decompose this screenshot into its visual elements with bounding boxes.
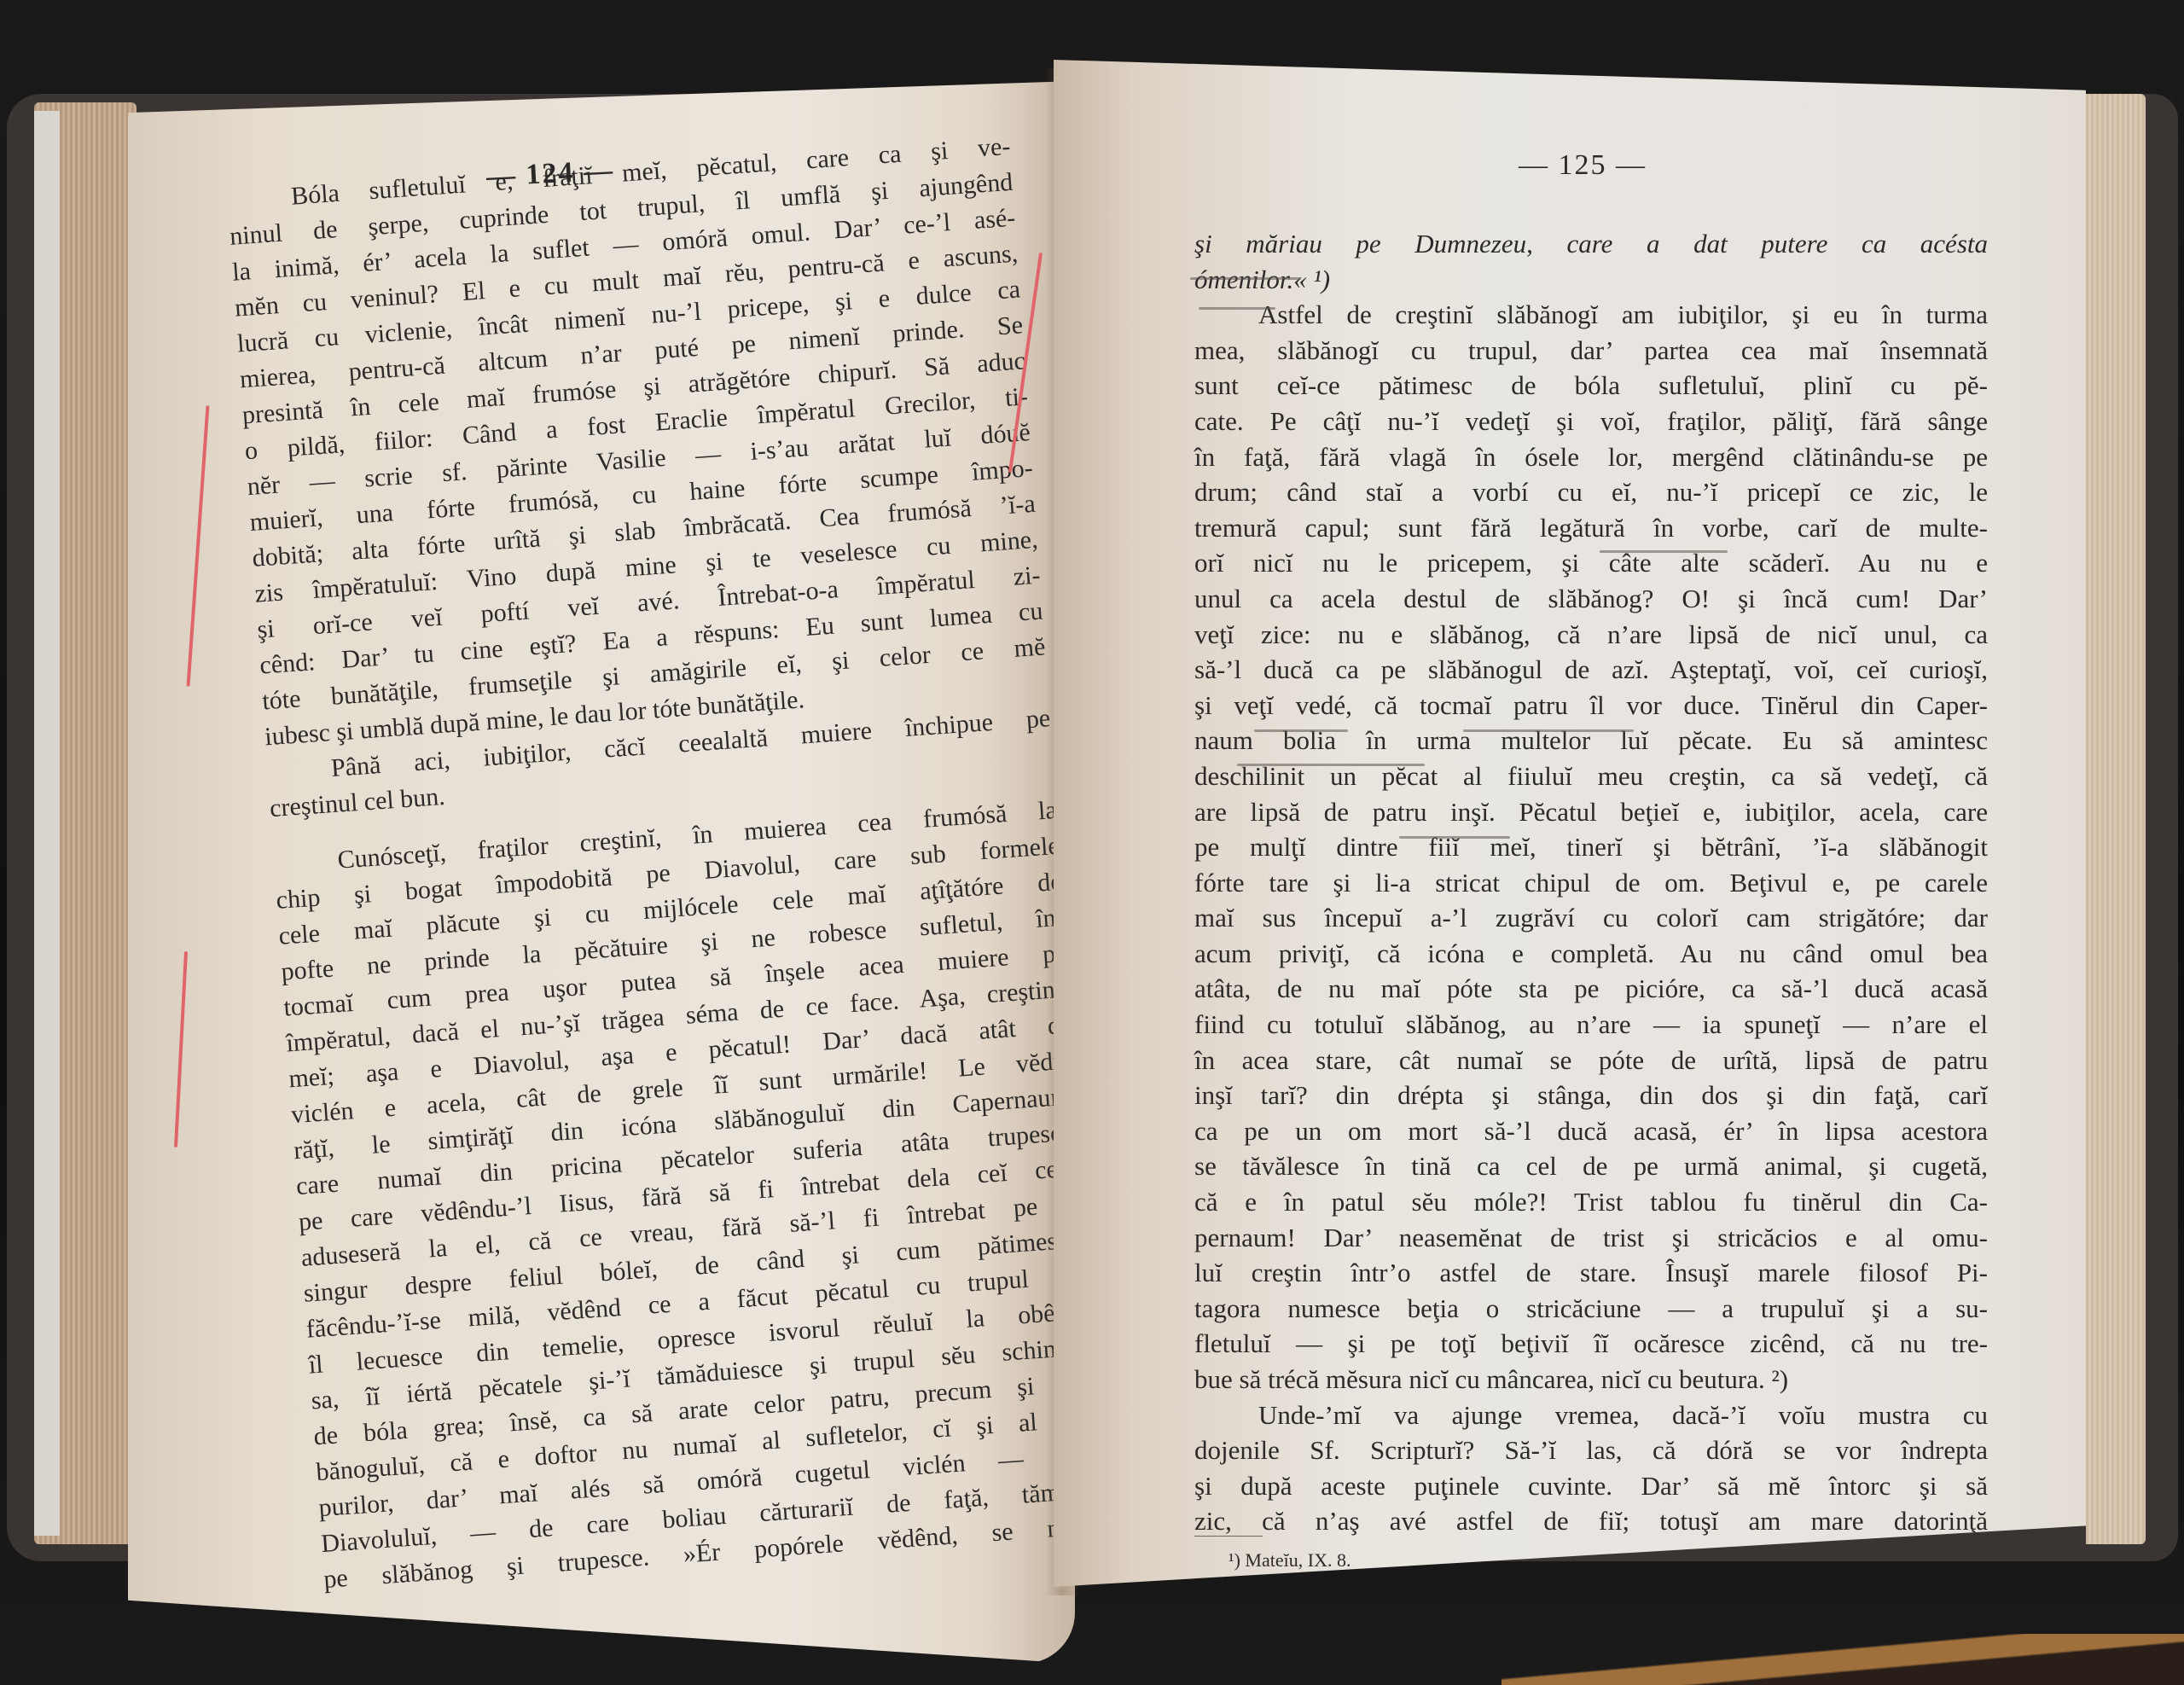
text-line: fórte tare şi li-a stricat chipul de om.… [1194, 865, 1988, 901]
text-line: veţĭ zice: nu e slăbănog, că n’are lipsă… [1194, 617, 1988, 653]
text-line: pernaum! Dar’ neasemĕnat de trist şi str… [1194, 1220, 1988, 1256]
text-line: cate. Pe câţĭ nu-’ĭ vedeţĭ şi voĭ, fraţi… [1194, 404, 1988, 439]
text-line: drum; când staĭ a vorbí cu eĭ, nu-’ĭ pri… [1194, 474, 1988, 510]
text-line: se tăvălesce în tină ca cel de pe urmă a… [1194, 1148, 1988, 1184]
text-line: fiind cu totuluĭ slăbănog, au n’are — ia… [1194, 1007, 1988, 1043]
text-line: şi măriau pe Dumnezeu, care a dat putere… [1194, 226, 1988, 262]
pencil-underline [1600, 550, 1728, 553]
text-line: şi după aceste puţinele cuvinte. Dar’ să… [1194, 1468, 1988, 1504]
text-line: maĭ sus începuĭ a-’l zugrăví cu colorĭ c… [1194, 900, 1988, 936]
left-page-text: Bóla sufletuluĭ e, fraţiĭ meĭ, pĕcatul, … [226, 129, 1108, 1598]
right-page: — 125 — şi măriau pe Dumnezeu, care a da… [1054, 60, 2086, 1587]
pencil-underline [1254, 729, 1348, 732]
text-line: sunt ceĭ-ce pătimesc de bóla sufletuluĭ,… [1194, 368, 1988, 404]
text-line: Unde-’mĭ va ajunge vremea, dacă-’ĭ voĭu … [1194, 1397, 1988, 1433]
text-line: atâta, de nu maĭ póte sta pe picióre, ca… [1194, 971, 1988, 1007]
text-line: că e în patul sĕu móle?! Trist tablou fu… [1194, 1184, 1988, 1220]
text-line: pe mulţĭ dintre fiiĭ meĭ, tinerĭ şi bĕtr… [1194, 829, 1988, 865]
left-page: — 124 — Bóla sufletuluĭ e, fraţiĭ meĭ, p… [128, 81, 1075, 1664]
text-line: mea, slăbănogĭ cu trupul, dar’ partea ce… [1194, 333, 1988, 369]
right-page-stack [2086, 94, 2146, 1544]
text-line: fletuluĭ — şi pe toţĭ beţiviĭ îĭ ocăresc… [1194, 1326, 1988, 1362]
text-line: dojenile Sf. Scripturĭ? Să-’ĭ las, că dó… [1194, 1432, 1988, 1468]
text-line: tagora numesce beţia o stricăciune — a t… [1194, 1291, 1988, 1327]
text-line: ca pe un om mort să-’l ducă acasă, ér’ î… [1194, 1113, 1988, 1149]
pencil-underline [1237, 764, 1425, 766]
text-line: acum priviţĭ, că icóna e completă. Au nu… [1194, 936, 1988, 972]
pencil-underline [1463, 729, 1634, 732]
text-line: şi veţĭ vedé, că tocmaĭ patru îl vor duc… [1194, 688, 1988, 723]
pencil-underline [1190, 277, 1301, 280]
table-edge [1501, 1634, 2184, 1685]
text-line: bue să trécă mĕsura nicĭ cu mâncarea, ni… [1194, 1362, 1988, 1397]
right-page-text: şi măriau pe Dumnezeu, care a dat putere… [1194, 226, 1988, 1539]
text-line: orĭ nicĭ nu le pricepem, şi câte alte sc… [1194, 545, 1988, 581]
pencil-underline [1199, 307, 1275, 310]
text-line: tremură capul; sunt fără legătură în vor… [1194, 510, 1988, 546]
text-line: naum bolia în urma multelor luĭ pĕcate. … [1194, 723, 1988, 758]
text-line: ómenilor.« ¹) [1194, 262, 1988, 298]
footnote-1: ¹) Mateĭu, IX. 8. [1228, 1548, 1385, 1572]
text-line: Astfel de creştinĭ slăbănogĭ am iubiţilo… [1194, 297, 1988, 333]
footnote-divider [1194, 1536, 1263, 1537]
text-line: în acea stare, cât numaĭ se póte de urît… [1194, 1043, 1988, 1078]
text-line: unul ca acela destul de slăbănog? O! şi … [1194, 581, 1988, 617]
red-margin-mark [186, 405, 209, 686]
page-number-right: — 125 — [1519, 149, 1647, 182]
red-margin-mark [174, 951, 188, 1148]
text-line: în faţă, fără vlagă în ósele lor, mergên… [1194, 439, 1988, 475]
left-endpaper [34, 111, 60, 1536]
pencil-underline [1399, 836, 1510, 839]
text-line: luĭ creştin într’o astfel de stare. Însu… [1194, 1255, 1988, 1291]
text-line: are lipsă de patru inşĭ. Pĕcatul beţieĭ … [1194, 794, 1988, 830]
text-line: inşĭ tarĭ? din drépta şi stânga, din dos… [1194, 1078, 1988, 1113]
text-line: zic, că n’aş avé astfel de fiĭ; totuşĭ a… [1194, 1503, 1988, 1539]
text-line: să-’l ducă ca pe slăbănogul de azĭ. Aşte… [1194, 652, 1988, 688]
